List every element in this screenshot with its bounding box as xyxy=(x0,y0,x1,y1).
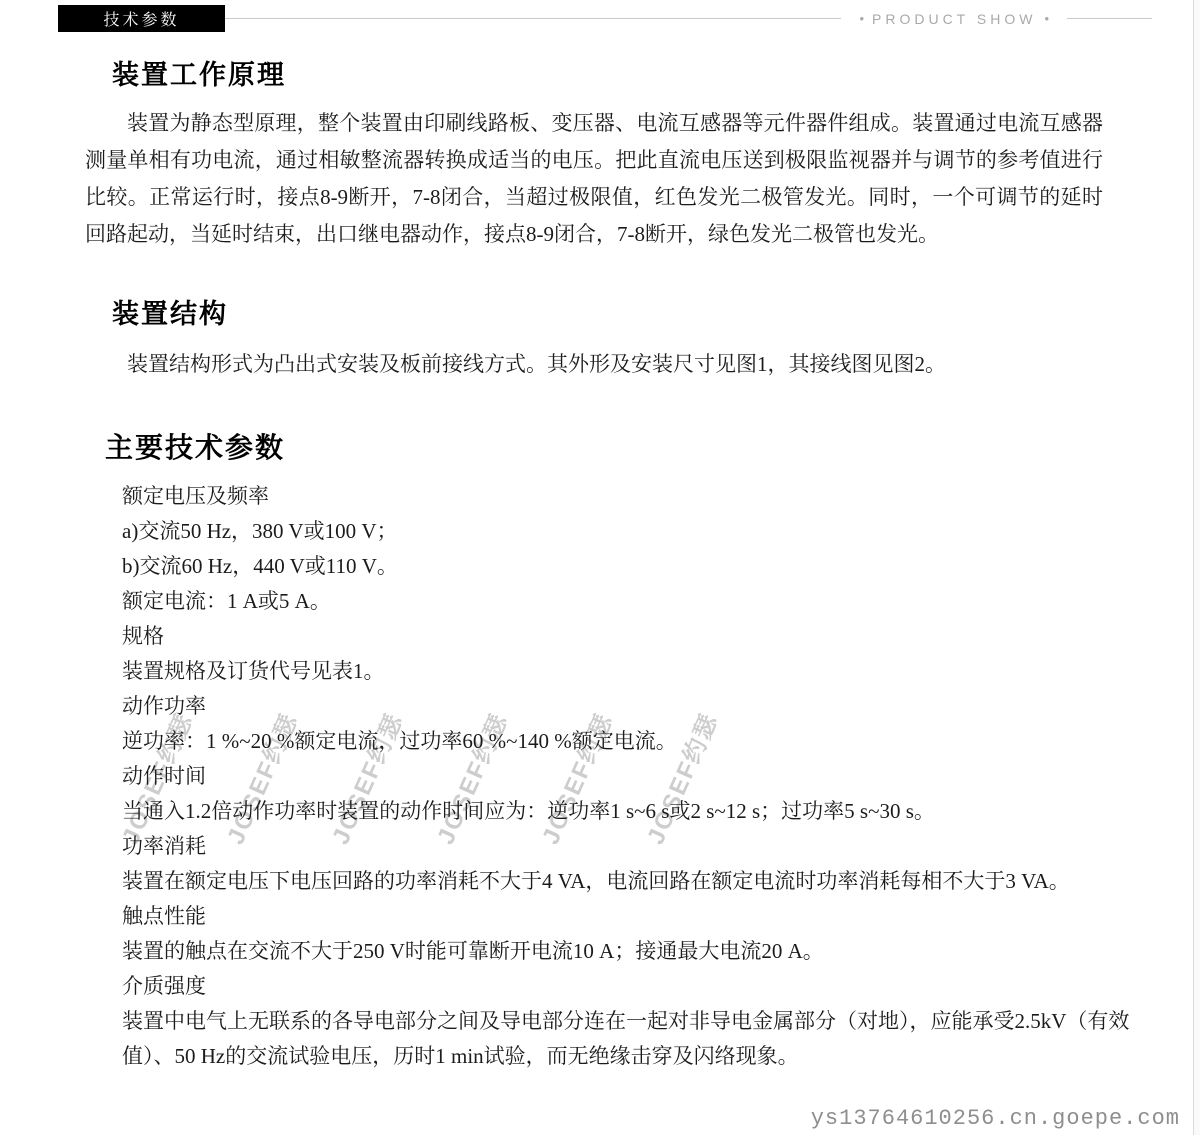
section-badge: 技术参数 xyxy=(58,5,225,32)
spec-line: 功率消耗 xyxy=(122,829,1170,864)
product-show-text: PRODUCT SHOW xyxy=(872,11,1036,27)
spec-line: 动作功率 xyxy=(122,689,1170,724)
spec-line: 介质强度 xyxy=(122,969,1170,1004)
document-page: 技术参数 • PRODUCT SHOW • 装置工作原理 装置为静态型原理，整个… xyxy=(0,0,1200,1135)
spec-line: 逆功率：1 %~20 %额定电流，过功率60 %~140 %额定电流。 xyxy=(122,724,1170,759)
bullet-icon: • xyxy=(1044,11,1049,26)
spec-line: b)交流60 Hz，440 V或110 V。 xyxy=(122,549,1170,584)
spec-line: 装置的触点在交流不大于250 V时能可靠断开电流10 A；接通最大电流20 A。 xyxy=(122,934,1170,969)
header-rule-right xyxy=(1067,18,1152,19)
page-header: 技术参数 • PRODUCT SHOW • xyxy=(0,0,1200,34)
spec-line: 装置规格及订货代号见表1。 xyxy=(122,654,1170,689)
spec-line: a)交流50 Hz，380 V或100 V； xyxy=(122,514,1170,549)
spec-line: 装置中电气上无联系的各导电部分之间及导电部分连在一起对非导电金属部分（对地），应… xyxy=(122,1004,1170,1074)
spec-line: 触点性能 xyxy=(122,899,1170,934)
spec-line: 额定电流：1 A或5 A。 xyxy=(122,584,1170,619)
principle-paragraph: 装置为静态型原理，整个装置由印刷线路板、变压器、电流互感器等元件器件组成。装置通… xyxy=(85,105,1103,253)
badge-label: 技术参数 xyxy=(103,7,179,30)
spec-line: 额定电压及频率 xyxy=(122,479,1170,514)
spec-line: 装置在额定电压下电压回路的功率消耗不大于4 VA，电流回路在额定电流时功率消耗每… xyxy=(122,864,1170,899)
spec-line: 规格 xyxy=(122,619,1170,654)
section-title-structure: 装置结构 xyxy=(112,297,1200,331)
spec-line: 当通入1.2倍动作功率时装置的动作时间应为：逆功率1 s~6 s或2 s~12 … xyxy=(122,794,1170,829)
structure-paragraph: 装置结构形式为凸出式安装及板前接线方式。其外形及安装尺寸见图1，其接线图见图2。 xyxy=(85,346,1103,383)
scrollbar-track[interactable] xyxy=(1193,0,1200,1135)
spec-list: 额定电压及频率a)交流50 Hz，380 V或100 V；b)交流60 Hz，4… xyxy=(122,479,1170,1074)
document-body: 装置工作原理 装置为静态型原理，整个装置由印刷线路板、变压器、电流互感器等元件器… xyxy=(0,58,1200,1074)
section-title-parameters: 主要技术参数 xyxy=(105,431,1200,465)
bullet-icon: • xyxy=(859,11,864,26)
section-title-principle: 装置工作原理 xyxy=(112,58,1200,92)
product-show-label: • PRODUCT SHOW • xyxy=(851,11,1057,27)
header-rule-left xyxy=(225,18,841,19)
spec-line: 动作时间 xyxy=(122,759,1170,794)
site-watermark: ys13764610256.cn.goepe.com xyxy=(811,1106,1180,1131)
